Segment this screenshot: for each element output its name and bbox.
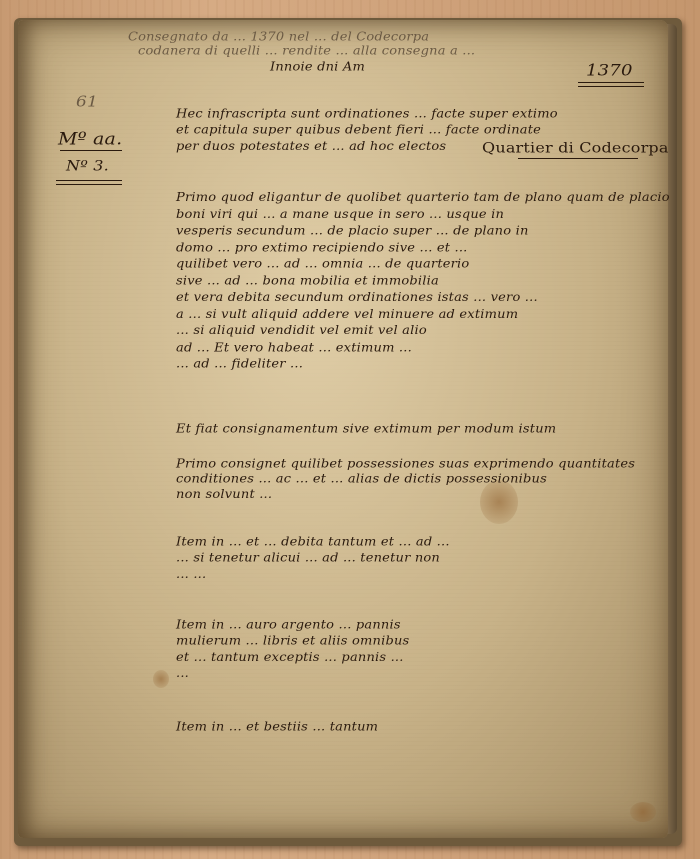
text-line: Primo quod eligantur de quolibet quarter…	[176, 190, 670, 207]
paragraph-consignet: Primo consignet quilibet possessiones su…	[176, 457, 635, 503]
folio-number: 61	[76, 93, 98, 111]
paragraph-intro: Hec infrascripta sunt ordinationes ... f…	[176, 107, 558, 156]
stain	[153, 670, 169, 688]
manuscript-page: Consegnato da ... 1370 nel ... del Codec…	[18, 20, 668, 838]
text-line: vesperis secundum ... de placio super ..…	[176, 223, 670, 240]
text-line: domo ... pro extimo recipiendo sive ... …	[176, 240, 670, 257]
text-line: Item in ... et bestiis ... tantum	[176, 721, 378, 735]
shelf-mark-2: Nº 3.	[66, 157, 109, 174]
year-underline	[578, 82, 644, 87]
text-line: ... ...	[176, 567, 450, 583]
top-note-line-2: codanera di quelli ... rendite ... alla …	[138, 45, 475, 59]
text-line: quilibet vero ... ad ... omnia ... de qu…	[176, 257, 670, 274]
quarter-title-underline	[518, 158, 638, 159]
year-label: 1370	[586, 61, 633, 80]
text-line: non solvunt ...	[176, 487, 635, 502]
shelf-mark-double-underline	[56, 180, 122, 185]
text-line: Item in ... et ... debita tantum et ... …	[176, 535, 450, 551]
text-line: Et fiat consignamentum sive extimum per …	[176, 423, 556, 437]
paragraph-primo: Primo quod eligantur de quolibet quarter…	[176, 190, 670, 373]
text-line: boni viri qui ... a mane usque in sero .…	[176, 207, 670, 224]
invocation-heading: Innoie dni Am	[270, 61, 365, 75]
paragraph-item-debita: Item in ... et ... debita tantum et ... …	[176, 535, 450, 584]
paragraph-item-bestiis: Item in ... et bestiis ... tantum	[176, 721, 378, 735]
text-line: Hec infrascripta sunt ordinationes ... f…	[176, 107, 558, 123]
text-line: a ... si vult aliquid addere vel minuere…	[176, 307, 670, 324]
paragraph-item-auro: Item in ... auro argento ... pannis muli…	[176, 618, 409, 683]
text-line: Item in ... auro argento ... pannis	[176, 618, 409, 634]
text-line: conditiones ... ac ... et ... alias de d…	[176, 472, 635, 487]
text-line: mulierum ... libris et aliis omnibus	[176, 634, 409, 650]
text-line: et vera debita secundum ordinationes ist…	[176, 290, 670, 307]
text-line: et capitula super quibus debent fieri ..…	[176, 123, 558, 139]
text-line: Primo consignet quilibet possessiones su…	[176, 457, 635, 472]
text-line: ... si aliquid vendidit vel emit vel ali…	[176, 323, 670, 340]
text-line: ... si tenetur alicui ... ad ... tenetur…	[176, 551, 450, 567]
shelf-mark-underline	[60, 150, 122, 151]
text-line: ... ad ... fideliter ...	[176, 357, 670, 374]
paragraph-et-fiat: Et fiat consignamentum sive extimum per …	[176, 423, 556, 437]
text-line: ...	[176, 666, 409, 682]
text-line: ad ... Et vero habeat ... extimum ...	[176, 340, 670, 357]
text-line: et ... tantum exceptis ... pannis ...	[176, 650, 409, 666]
text-line: per duos potestates et ... ad hoc electo…	[176, 139, 558, 155]
top-note-line-1: Consegnato da ... 1370 nel ... del Codec…	[128, 31, 429, 45]
text-line: sive ... ad ... bona mobilia et immobili…	[176, 273, 670, 290]
stain	[630, 802, 656, 822]
shelf-mark-1: Mº aa.	[58, 129, 122, 149]
